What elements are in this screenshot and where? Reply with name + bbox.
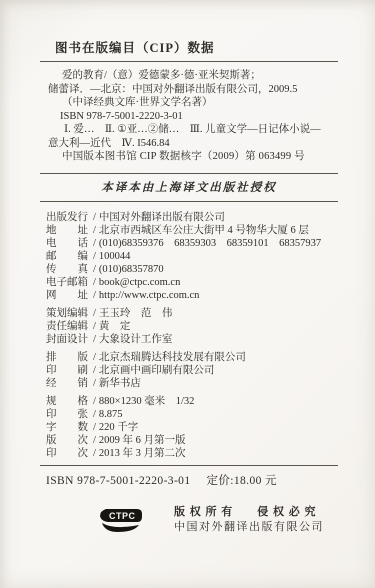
info-row-separator: / xyxy=(93,435,96,446)
info-row: 印 刷/北京画中画印刷有限公司 xyxy=(40,364,338,377)
info-row-separator: / xyxy=(93,308,96,319)
cip-header: 图书在版编目（CIP）数据 xyxy=(40,38,338,56)
info-rows: 出版发行/中国对外翻译出版有限公司地 址/北京市西城区车公庄大街甲 4 号物华大… xyxy=(40,211,338,460)
info-row: 印 次/2013 年 3 月第二次 xyxy=(40,447,338,460)
info-row-value: 880×1230 毫米 1/32 xyxy=(99,396,194,407)
info-row-label: 传 真 xyxy=(46,263,91,276)
info-row-value: 大象设计工作室 xyxy=(99,334,173,345)
footer: CTPC 版 权 所 有 侵 权 必 究 中国对外翻译出版有限公司 xyxy=(98,505,338,535)
info-row-label: 邮 编 xyxy=(46,250,91,263)
cip-isbn-line: ISBN 978-7-5001-2220-3-01 xyxy=(40,110,338,124)
cip-series-line: （中译经典文库·世界文学名著） xyxy=(40,96,338,110)
isbn-divider xyxy=(40,465,338,466)
info-row-separator: / xyxy=(93,422,96,433)
info-row-label: 印 次 xyxy=(46,447,91,460)
info-row: 排 版/北京杰瑞腾达科技发展有限公司 xyxy=(40,351,338,364)
info-row-label: 印 刷 xyxy=(46,364,91,377)
info-row: 字 数/220 千字 xyxy=(40,421,338,434)
info-row-value: 2009 年 6 月第一版 xyxy=(99,435,186,446)
info-row-value: 新华书店 xyxy=(99,378,141,389)
info-row-label: 字 数 xyxy=(46,421,91,434)
info-row-separator: / xyxy=(93,396,96,407)
info-row: 电子邮箱/book@ctpc.com.cn xyxy=(40,276,338,289)
ctpc-logo-icon: CTPC xyxy=(98,507,144,535)
info-row-label: 责任编辑 xyxy=(46,320,91,333)
authorization-divider-bottom xyxy=(40,201,338,202)
isbn-number: ISBN 978-7-5001-2220-3-01 xyxy=(46,475,190,487)
info-row-label: 策划编辑 xyxy=(46,307,91,320)
info-row-value: 北京杰瑞腾达科技发展有限公司 xyxy=(99,352,246,363)
info-row-separator: / xyxy=(93,334,96,345)
info-row-value: 220 千字 xyxy=(99,422,138,433)
info-row: 电 话/(010)68359376 68359303 68359101 6835… xyxy=(40,237,338,250)
cip-classification-line1: Ⅰ. 爱… Ⅱ. ①亚…②储… Ⅲ. 儿童文学—日记体小说— xyxy=(40,123,338,137)
authorization-note: 本译本由上海译文出版社授权 xyxy=(40,174,338,201)
page-content: 图书在版编目（CIP）数据 爱的教育/（意）爱德蒙多·德·亚米契斯著； 储蕾译．… xyxy=(40,38,338,535)
info-row: 网 址/http://www.ctpc.com.cn xyxy=(40,289,338,302)
price-label: 定价:18.00 元 xyxy=(206,475,276,487)
info-row-label: 版 次 xyxy=(46,434,91,447)
info-row-value: 2013 年 3 月第二次 xyxy=(99,448,186,459)
info-row: 传 真/(010)68357870 xyxy=(40,263,338,276)
info-row-value: (010)68357870 xyxy=(99,264,164,275)
info-row-separator: / xyxy=(93,212,96,223)
cip-publisher-line: 储蕾译．—北京：中国对外翻译出版有限公司，2009.5 xyxy=(40,83,338,97)
info-row-label: 地 址 xyxy=(46,224,91,237)
ctpc-logo-text: CTPC xyxy=(109,511,136,521)
info-row-label: 印 张 xyxy=(46,408,91,421)
info-row: 版 次/2009 年 6 月第一版 xyxy=(40,434,338,447)
info-row-separator: / xyxy=(93,448,96,459)
info-row-value: (010)68359376 68359303 68359101 68357937 xyxy=(99,238,321,249)
info-row-separator: / xyxy=(93,378,96,389)
info-row-separator: / xyxy=(93,251,96,262)
info-row-label: 出版发行 xyxy=(46,211,91,224)
info-row: 规 格/880×1230 毫米 1/32 xyxy=(40,395,338,408)
cip-data-block: 爱的教育/（意）爱德蒙多·德·亚米契斯著； 储蕾译．—北京：中国对外翻译出版有限… xyxy=(40,69,338,164)
publisher-name: 中国对外翻译出版有限公司 xyxy=(174,520,324,535)
info-row-separator: / xyxy=(93,264,96,275)
cip-record-number: 中国版本图书馆 CIP 数据核字（2009）第 063499 号 xyxy=(40,150,338,164)
info-row-value: 中国对外翻译出版有限公司 xyxy=(99,212,225,223)
info-row: 出版发行/中国对外翻译出版有限公司 xyxy=(40,211,338,224)
info-row-label: 规 格 xyxy=(46,395,91,408)
info-row: 印 张/8.875 xyxy=(40,408,338,421)
isbn-price-line: ISBN 978-7-5001-2220-3-01定价:18.00 元 xyxy=(40,472,338,488)
info-row-value: http://www.ctpc.com.cn xyxy=(99,290,200,301)
cip-title-line: 爱的教育/（意）爱德蒙多·德·亚米契斯著； xyxy=(40,69,338,83)
header-divider xyxy=(40,61,338,62)
info-row: 邮 编/100044 xyxy=(40,250,338,263)
info-row-value: 8.875 xyxy=(99,409,123,420)
scanned-book-copyright-page: 图书在版编目（CIP）数据 爱的教育/（意）爱德蒙多·德·亚米契斯著； 储蕾译．… xyxy=(0,0,375,588)
info-row-label: 封面设计 xyxy=(46,333,91,346)
info-row-value: 北京画中画印刷有限公司 xyxy=(99,365,215,376)
info-row-label: 电子邮箱 xyxy=(46,276,91,289)
info-row-value: book@ctpc.com.cn xyxy=(99,277,180,288)
info-row-separator: / xyxy=(93,409,96,420)
info-row-value: 北京市西城区车公庄大街甲 4 号物华大厦 6 层 xyxy=(99,225,309,236)
info-row: 地 址/北京市西城区车公庄大街甲 4 号物华大厦 6 层 xyxy=(40,224,338,237)
cip-classification-line2: 意大利—近代 Ⅳ. I546.84 xyxy=(40,137,338,151)
info-row-label: 经 销 xyxy=(46,377,91,390)
info-row-separator: / xyxy=(93,238,96,249)
info-row-label: 排 版 xyxy=(46,351,91,364)
info-row-value: 王玉玲 范 伟 xyxy=(99,308,173,319)
info-row: 策划编辑/王玉玲 范 伟 xyxy=(40,307,338,320)
info-row: 封面设计/大象设计工作室 xyxy=(40,333,338,346)
info-row: 责任编辑/黄 定 xyxy=(40,320,338,333)
info-row-separator: / xyxy=(93,290,96,301)
footer-text: 版 权 所 有 侵 权 必 究 中国对外翻译出版有限公司 xyxy=(174,505,324,535)
info-row-label: 网 址 xyxy=(46,289,91,302)
info-row-value: 100044 xyxy=(99,251,131,262)
info-row-label: 电 话 xyxy=(46,237,91,250)
info-row-separator: / xyxy=(93,225,96,236)
info-row-separator: / xyxy=(93,277,96,288)
info-row-separator: / xyxy=(93,365,96,376)
info-row-value: 黄 定 xyxy=(99,321,131,332)
copyright-notice: 版 权 所 有 侵 权 必 究 xyxy=(174,505,324,520)
info-row-separator: / xyxy=(93,321,96,332)
info-row: 经 销/新华书店 xyxy=(40,377,338,390)
info-row-separator: / xyxy=(93,352,96,363)
